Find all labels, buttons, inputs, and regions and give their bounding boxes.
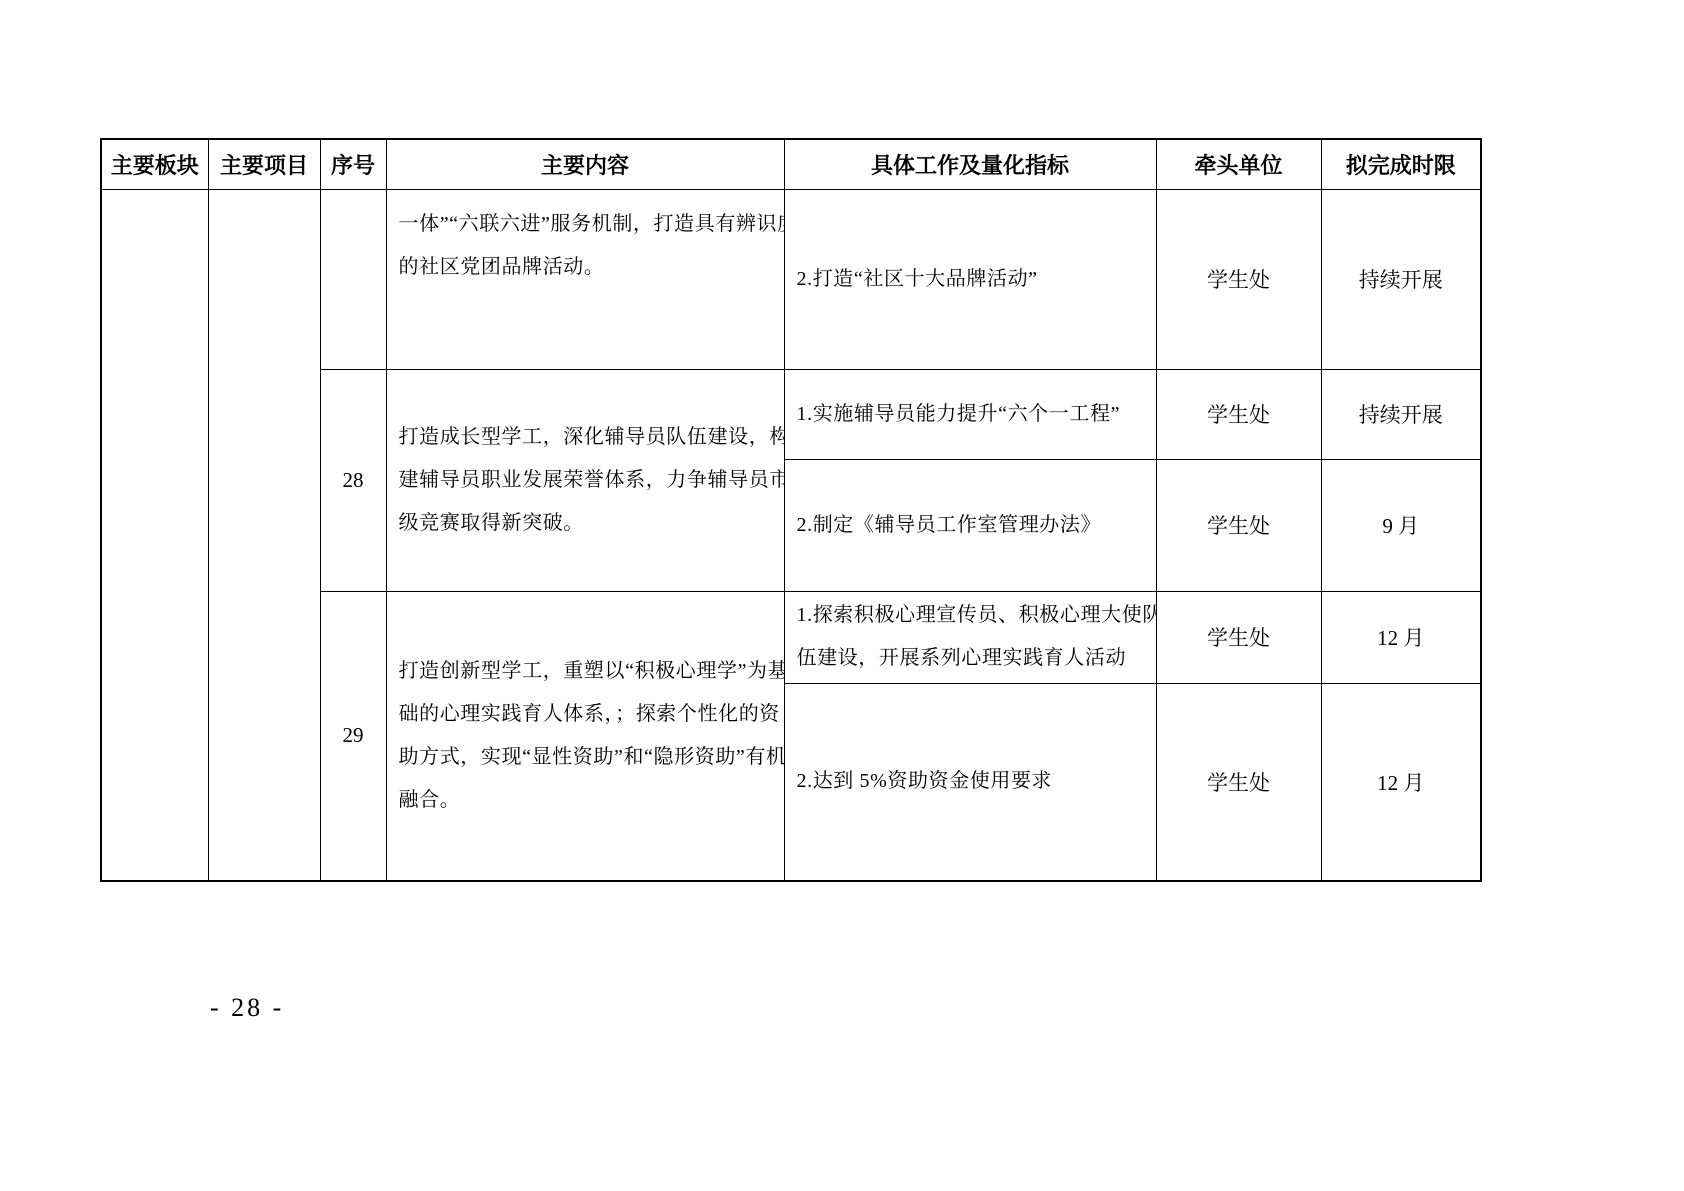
deadline-cell: 持续开展 (1321, 189, 1481, 369)
work-line: 2.制定《辅导员工作室管理办法》 (797, 504, 1144, 547)
document-page: 主要板块 主要项目 序号 主要内容 具体工作及量化指标 牵头单位 拟完成时限 一… (0, 0, 1684, 1191)
content-cell: 打造创新型学工，重塑以“积极心理学”为基 础的心理实践育人体系，；探索个性化的资… (386, 591, 784, 881)
seq-cell (320, 189, 386, 369)
work-cell: 1.实施辅导员能力提升“六个一工程” (784, 369, 1156, 459)
deadline-cell: 9 月 (1321, 459, 1481, 591)
unit-cell: 学生处 (1156, 683, 1321, 881)
unit-cell: 学生处 (1156, 189, 1321, 369)
content-cell: 一体”“六联六进”服务机制，打造具有辨识度 的社区党团品牌活动。 (386, 189, 784, 369)
work-cell: 2.达到 5%资助资金使用要求 (784, 683, 1156, 881)
work-line: 伍建设，开展系列心理实践育人活动 (797, 637, 1144, 680)
header-cell-section: 主要板块 (101, 139, 208, 189)
deadline-cell: 12 月 (1321, 683, 1481, 881)
project-cell (208, 189, 320, 881)
header-cell-project: 主要项目 (208, 139, 320, 189)
content-line: 一体”“六联六进”服务机制，打造具有辨识度 (399, 203, 772, 246)
work-cell: 1.探索积极心理宣传员、积极心理大使队 伍建设，开展系列心理实践育人活动 (784, 591, 1156, 683)
seq-cell: 29 (320, 591, 386, 881)
header-cell-deadline: 拟完成时限 (1321, 139, 1481, 189)
header-cell-unit: 牵头单位 (1156, 139, 1321, 189)
work-line: 2.达到 5%资助资金使用要求 (797, 760, 1144, 803)
content-line: 建辅导员职业发展荣誉体系，力争辅导员市 (399, 459, 772, 502)
header-cell-content: 主要内容 (386, 139, 784, 189)
unit-cell: 学生处 (1156, 591, 1321, 683)
work-line: 2.打造“社区十大品牌活动” (797, 258, 1144, 301)
page-number: - 28 - (210, 993, 284, 1023)
seq-cell: 28 (320, 369, 386, 591)
header-cell-seq: 序号 (320, 139, 386, 189)
work-line: 1.实施辅导员能力提升“六个一工程” (797, 393, 1144, 436)
unit-cell: 学生处 (1156, 369, 1321, 459)
work-cell: 2.打造“社区十大品牌活动” (784, 189, 1156, 369)
deadline-cell: 12 月 (1321, 591, 1481, 683)
unit-cell: 学生处 (1156, 459, 1321, 591)
header-cell-work: 具体工作及量化指标 (784, 139, 1156, 189)
work-cell: 2.制定《辅导员工作室管理办法》 (784, 459, 1156, 591)
content-line: 融合。 (399, 779, 772, 822)
content-line: 级竞赛取得新突破。 (399, 502, 772, 545)
table-row: 一体”“六联六进”服务机制，打造具有辨识度 的社区党团品牌活动。 2.打造“社区… (101, 189, 1481, 369)
work-plan-table: 主要板块 主要项目 序号 主要内容 具体工作及量化指标 牵头单位 拟完成时限 一… (100, 138, 1482, 882)
content-line: 础的心理实践育人体系，；探索个性化的资 (399, 693, 772, 736)
table-header-row: 主要板块 主要项目 序号 主要内容 具体工作及量化指标 牵头单位 拟完成时限 (101, 139, 1481, 189)
section-cell (101, 189, 208, 881)
work-line: 1.探索积极心理宣传员、积极心理大使队 (797, 594, 1144, 637)
deadline-cell: 持续开展 (1321, 369, 1481, 459)
content-cell: 打造成长型学工，深化辅导员队伍建设，构 建辅导员职业发展荣誉体系，力争辅导员市 … (386, 369, 784, 591)
content-line: 助方式，实现“显性资助”和“隐形资助”有机 (399, 736, 772, 779)
content-line: 打造成长型学工，深化辅导员队伍建设，构 (399, 416, 772, 459)
content-line: 的社区党团品牌活动。 (399, 246, 772, 289)
content-line: 打造创新型学工，重塑以“积极心理学”为基 (399, 650, 772, 693)
